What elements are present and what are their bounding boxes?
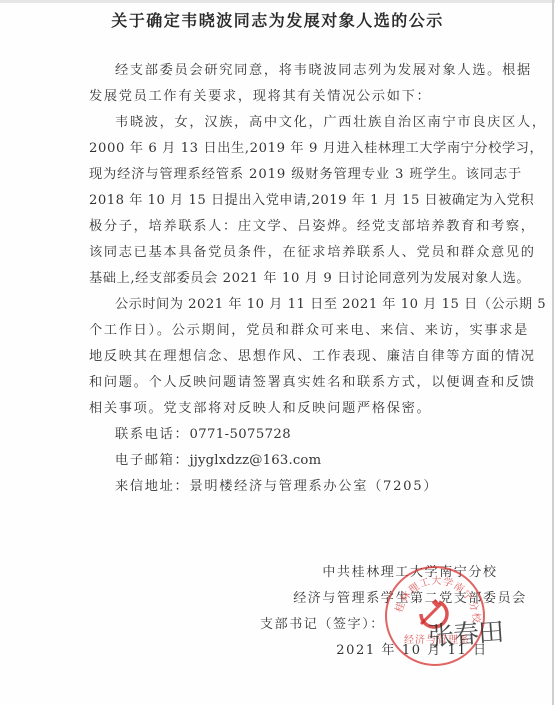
contact-phone: 联系电话：0771-5075728 (115, 426, 547, 444)
paragraph-2-line-3: 现为经济与管理系经管系 2019 级财务管理专业 3 班学生。该同志于 (89, 166, 521, 184)
contact-address: 来信地址：景明楼经济与管理系办公室（7205） (115, 478, 547, 496)
contact-email-label: 电子邮箱： (115, 453, 189, 468)
signature-org-line-2: 经济与管理系学生第二党支部委员会 (260, 590, 555, 608)
contact-address-value: 景明楼经济与管理系办公室（7205） (189, 479, 438, 494)
paragraph-2-line-7: 基础上,经支部委员会 2021 年 10 月 9 日讨论同意列为发展对象人选。 (89, 270, 521, 288)
signature-secretary-line: 支部书记（签字）： (260, 616, 385, 634)
paragraph-1-line-2: 发展党员工作有关要求，现将其有关情况公示如下： (89, 88, 521, 106)
contact-email: 电子邮箱：jjyglxdzz@163.com (115, 452, 547, 470)
contact-phone-label: 联系电话： (115, 427, 189, 442)
contact-phone-value: 0771-5075728 (189, 427, 291, 442)
signature-date: 2021 年 10 月 11 日 (262, 642, 555, 660)
paragraph-3-line-2: 个工作日）。公示期间，党员和群众可来电、来信、来访，实事求是 (89, 322, 521, 340)
paragraph-2-line-4: 2018 年 10 月 15 日提出入党申请,2019 年 1 月 15 日被确… (89, 192, 521, 210)
paragraph-3-line-5: 相关事项。党支部将对反映人和反映问题严格保密。 (89, 400, 521, 418)
signature-org-line-1: 中共桂林理工大学南宁分校 (260, 564, 555, 582)
document-page: 关于确定韦晓波同志为发展对象人选的公示 经支部委员会研究同意，将韦晓波同志列为发… (0, 0, 555, 705)
paragraph-2-line-1: 韦晓波，女，汉族，高中文化，广西壮族自治区南宁市良庆区人， (115, 114, 547, 132)
document-title: 关于确定韦晓波同志为发展对象人选的公示 (0, 8, 555, 31)
paragraph-1-line-1: 经支部委员会研究同意，将韦晓波同志列为发展对象人选。根据 (115, 62, 547, 80)
scan-top-edge (0, 0, 555, 3)
contact-address-label: 来信地址： (115, 479, 189, 494)
contact-email-value: jjyglxdzz@163.com (189, 453, 321, 468)
paragraph-3-line-4: 和问题。个人反映问题请签署真实姓名和联系方式，以便调查和反馈 (89, 374, 521, 392)
paragraph-2-line-2: 2000 年 6 月 13 日出生,2019 年 9 月进入桂林理工大学南宁分校… (89, 140, 521, 158)
paragraph-3-line-3: 地反映其在理想信念、思想作风、工作表现、廉洁自律等方面的情况 (89, 348, 521, 366)
paragraph-2-line-5: 极分子，培养联系人：庄文学、吕姿烨。经党支部培养教育和考察， (89, 218, 521, 236)
paragraph-2-line-6: 该同志已基本具备党员条件，在征求培养联系人、党员和群众意见的 (89, 244, 521, 262)
handwritten-signature: 张春田 (427, 611, 504, 653)
paragraph-3-line-1: 公示时间为 2021 年 10 月 11 日至 2021 年 10 月 15 日… (115, 296, 547, 314)
